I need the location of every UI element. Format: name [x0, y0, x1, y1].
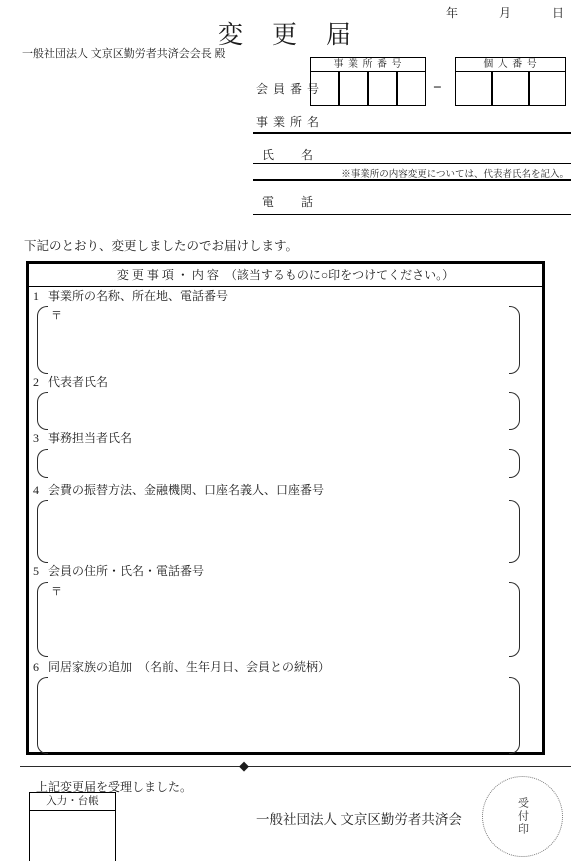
item-3-text: 事務担当者氏名 [48, 430, 132, 446]
item-2-content-area[interactable] [37, 392, 520, 430]
office-name-label: 事 業 所 名 [256, 113, 320, 130]
right-bracket-icon [509, 677, 520, 754]
right-bracket-icon [509, 392, 520, 430]
item-4-label[interactable]: 4 会費の振替方法、金融機関、口座名義人、口座番号 [29, 482, 542, 498]
left-bracket-icon [37, 500, 48, 563]
table-row: 1 事業所の名称、所在地、電話番号 〒 [29, 288, 542, 374]
item-4-number: 4 [33, 482, 39, 498]
entry-ledger-cell[interactable] [30, 811, 115, 861]
left-bracket-icon [37, 306, 48, 374]
office-number-header: 事 業 所 番 号 [311, 58, 425, 72]
office-number-cell-1[interactable] [311, 72, 338, 105]
item-2-number: 2 [33, 374, 39, 390]
item-2-text: 代表者氏名 [48, 374, 108, 390]
item-5-label[interactable]: 5 会員の住所・氏名・電話番号 [29, 563, 542, 579]
left-bracket-icon [37, 582, 48, 657]
item-6-number: 6 [33, 659, 39, 675]
item-1-text: 事業所の名称、所在地、電話番号 [48, 288, 228, 304]
left-bracket-icon [37, 449, 48, 478]
item-3-label[interactable]: 3 事務担当者氏名 [29, 430, 542, 446]
postal-mark-icon: 〒 [51, 583, 62, 599]
item-3-content-area[interactable] [37, 449, 520, 478]
personal-number-box: 個 人 番 号 [455, 57, 566, 106]
number-separator: − [433, 80, 442, 97]
personal-number-cell-3[interactable] [528, 72, 565, 105]
left-bracket-icon [37, 392, 48, 430]
office-name-field[interactable] [253, 132, 571, 134]
left-bracket-icon [37, 677, 48, 754]
item-2-label[interactable]: 2 代表者氏名 [29, 374, 542, 390]
right-bracket-icon [509, 449, 520, 478]
right-bracket-icon [509, 306, 520, 374]
entry-ledger-box: 入力・台帳 [29, 792, 116, 861]
right-bracket-icon [509, 500, 520, 563]
table-row: 5 会員の住所・氏名・電話番号 〒 [29, 563, 542, 657]
table-row: 6 同居家族の追加 （名前、生年月日、会員との続柄） [29, 659, 542, 754]
phone-field[interactable] [253, 214, 571, 215]
addressee: 一般社団法人 文京区勤労者共済会会長 殿 [22, 45, 226, 61]
item-6-text: 同居家族の追加 （名前、生年月日、会員との続柄） [48, 659, 330, 675]
change-notification-form: 年 月 日 変 更 届 一般社団法人 文京区勤労者共済会会長 殿 会 員 番 号… [0, 0, 571, 861]
name-note: ※事業所の内容変更については、代表者氏名を記入。 [341, 166, 569, 180]
cut-mark-diamond-icon: ◆ [239, 759, 249, 774]
entry-ledger-label: 入力・台帳 [30, 793, 115, 811]
reception-stamp-circle: 受付印 [482, 776, 563, 857]
table-row: 3 事務担当者氏名 [29, 430, 542, 478]
postal-mark-icon: 〒 [51, 307, 62, 323]
right-bracket-icon [509, 582, 520, 657]
reception-stamp-label: 受付印 [515, 797, 531, 836]
office-number-cell-2[interactable] [338, 72, 367, 105]
phone-label: 電 話 [262, 193, 314, 210]
personal-number-header: 個 人 番 号 [456, 58, 565, 72]
item-5-content-area[interactable]: 〒 [37, 582, 520, 657]
personal-number-cell-1[interactable] [456, 72, 491, 105]
item-3-number: 3 [33, 430, 39, 446]
organization-name: 一般社団法人 文京区勤労者共済会 [256, 808, 462, 828]
item-5-text: 会員の住所・氏名・電話番号 [48, 563, 204, 579]
note-underline [253, 179, 571, 181]
item-6-label[interactable]: 6 同居家族の追加 （名前、生年月日、会員との続柄） [29, 659, 542, 675]
item-5-number: 5 [33, 563, 39, 579]
change-items-table: 変 更 事 項 ・ 内 容 （該当するものに○印をつけてください。） 1 事業所… [26, 261, 545, 755]
item-4-content-area[interactable] [37, 500, 520, 563]
intro-text: 下記のとおり、変更しましたのでお届けします。 [24, 236, 298, 254]
personal-number-cells [456, 72, 565, 105]
item-4-text: 会費の振替方法、金融機関、口座名義人、口座番号 [48, 482, 324, 498]
item-6-content-area[interactable] [37, 677, 520, 754]
cut-line [20, 766, 571, 767]
item-1-label[interactable]: 1 事業所の名称、所在地、電話番号 [29, 288, 542, 304]
item-1-content-area[interactable]: 〒 [37, 306, 520, 374]
table-header: 変 更 事 項 ・ 内 容 （該当するものに○印をつけてください。） [29, 264, 542, 287]
item-1-number: 1 [33, 288, 39, 304]
office-number-cell-4[interactable] [396, 72, 425, 105]
name-label: 氏 名 [262, 146, 314, 163]
personal-number-cell-2[interactable] [491, 72, 528, 105]
table-row: 2 代表者氏名 [29, 374, 542, 430]
office-number-cells [311, 72, 425, 105]
office-number-cell-3[interactable] [367, 72, 396, 105]
name-field[interactable] [253, 163, 571, 164]
office-number-box: 事 業 所 番 号 [310, 57, 426, 106]
table-row: 4 会費の振替方法、金融機関、口座名義人、口座番号 [29, 482, 542, 563]
